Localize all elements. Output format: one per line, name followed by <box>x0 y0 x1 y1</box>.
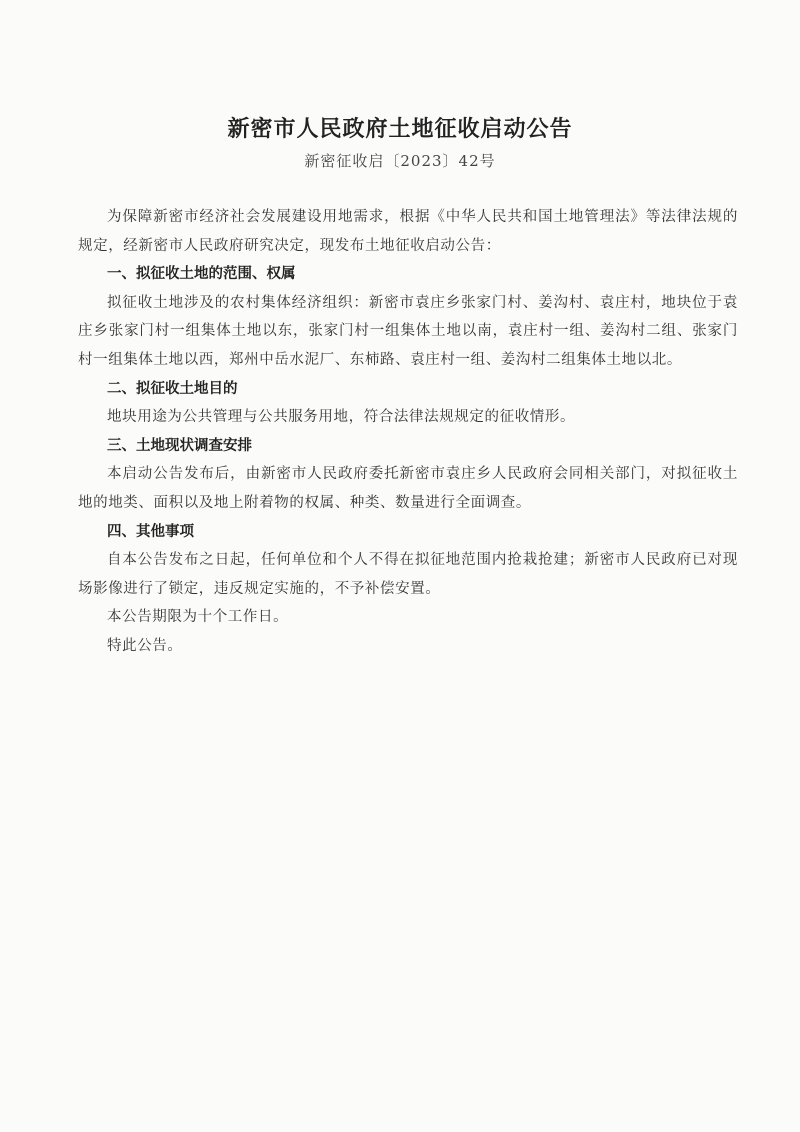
section-2-text: 地块用途为公共管理与公共服务用地，符合法律法规规定的征收情形。 <box>78 403 738 432</box>
document-number: 新密征收启〔2023〕42号 <box>0 150 800 171</box>
section-3-heading: 三、土地现状调查安排 <box>78 432 738 461</box>
section-1-text: 拟征收土地涉及的农村集体经济组织：新密市袁庄乡张家门村、姜沟村、袁庄村，地块位于… <box>78 289 738 375</box>
section-3-text: 本启动公告发布后，由新密市人民政府委托新密市袁庄乡人民政府会同相关部门，对拟征收… <box>78 460 738 517</box>
period-note: 本公告期限为十个工作日。 <box>78 603 738 632</box>
document-body: 为保障新密市经济社会发展建设用地需求，根据《中华人民共和国土地管理法》等法律法规… <box>78 203 738 661</box>
intro-paragraph: 为保障新密市经济社会发展建设用地需求，根据《中华人民共和国土地管理法》等法律法规… <box>78 203 738 260</box>
section-4-heading: 四、其他事项 <box>78 518 738 547</box>
document-title: 新密市人民政府土地征收启动公告 <box>0 112 800 143</box>
section-1-heading: 一、拟征收土地的范围、权属 <box>78 260 738 289</box>
section-2-heading: 二、拟征收土地目的 <box>78 375 738 404</box>
closing-text: 特此公告。 <box>78 632 738 661</box>
section-4-text: 自本公告发布之日起，任何单位和个人不得在拟征地范围内抢栽抢建；新密市人民政府已对… <box>78 546 738 603</box>
